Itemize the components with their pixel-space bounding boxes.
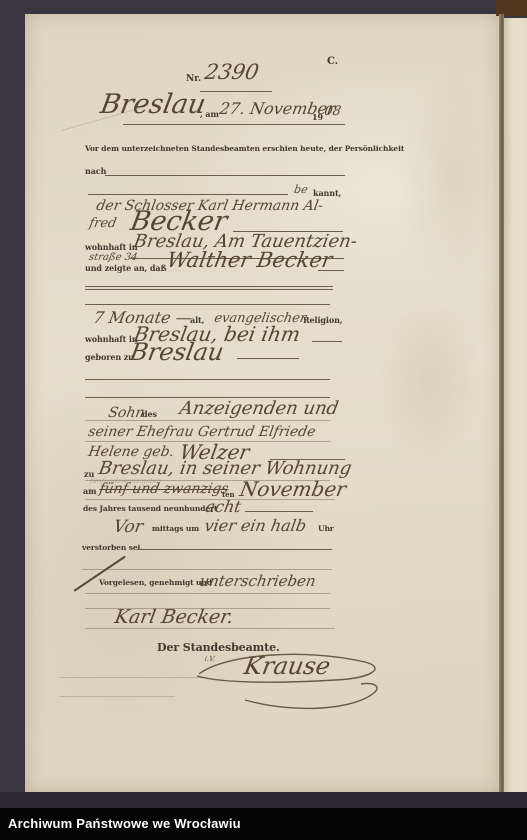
ruled-line [60,696,175,697]
death-month-entry: November [238,477,348,501]
registrar-signature: Krause [242,652,333,680]
des-label: des [142,409,157,419]
section-divider [85,304,330,305]
closing-clause: Vorgelesen, genehmigt und [99,578,212,587]
mittags-label: mittags um [152,524,199,533]
verstorben-label: verstorben sei. [82,543,143,552]
am2-label: am [83,486,96,496]
deceased-name: Walther Becker [165,248,334,272]
birthplace-entry: Breslau [128,338,226,366]
next-page-strip [504,18,527,792]
ruled-line [82,569,332,570]
time-entry: vier ein halb [203,516,308,535]
ink-bleedthrough [400,70,510,290]
ruled-line [245,511,313,512]
wohnhaft2-label: wohnhaft in [85,334,138,344]
photo-scene: C. Nr. 2390 Breslau , am 27. November 19… [0,0,527,840]
sohn-entry: Sohn [107,405,146,421]
year-clause: des Jahres tausend neunhundert [83,504,217,513]
closing-entry: unterschrieben [198,572,317,590]
vormittags-entry: Vor [112,517,145,537]
section-divider [85,379,330,380]
wohnhaft-label: wohnhaft in [85,242,138,252]
ruled-line [200,91,272,92]
ruled-line [123,124,345,125]
zeigte-label: und zeigte an, daß [85,263,166,273]
am-label: , am [200,109,219,119]
residence-street: straße 34 [88,252,138,263]
year-printed: 19 [312,112,323,122]
form-letter: C. [327,56,338,67]
declarant-line2-prefix: fred [88,216,118,231]
ruled-line [237,358,299,359]
year-word-entry: acht [204,497,243,516]
section-divider [85,289,333,290]
declarant-signature: Karl Becker. [113,606,235,628]
ruled-line [85,628,335,629]
record-number-value: 2390 [203,60,261,84]
ruled-line [312,341,342,342]
bekannt-label: kannt, [313,188,341,198]
ruled-line [85,420,330,421]
book-cover-edge [0,0,527,14]
nach-label: nach [85,166,106,176]
ruled-line [105,175,345,176]
death-day-entry: fünf und zwanzigs [98,481,230,497]
archive-watermark-bar: Archiwum Państwowe we Wrocławiu [0,808,527,840]
mother-line1: seiner Ehefrau Gertrud Elfriede [87,424,317,440]
religion-label: Religion, [303,315,343,325]
intro-clause: Vor dem unterzeichneten Standesbeamten e… [85,144,404,153]
geboren-label: geboren zu [85,352,134,362]
archive-name: Archiwum Państwowe we Wrocławiu [8,816,241,831]
ruled-line [318,270,344,271]
section-divider [85,286,333,287]
death-place-entry: Breslau, in seiner Wohnung [97,458,353,479]
uhr-label: Uhr [318,524,334,533]
place-entry: Breslau [98,89,208,120]
ruled-line [88,194,288,195]
year-entry: 08 [323,104,342,119]
bekannt-entry: be [293,183,309,196]
ink-bleedthrough [380,300,480,460]
anzeigenden-entry: Anzeigenden und [178,398,340,419]
ruled-line [85,593,330,594]
record-number-label: Nr. [186,74,201,84]
ruled-line [137,549,332,550]
ruled-line [60,677,205,678]
